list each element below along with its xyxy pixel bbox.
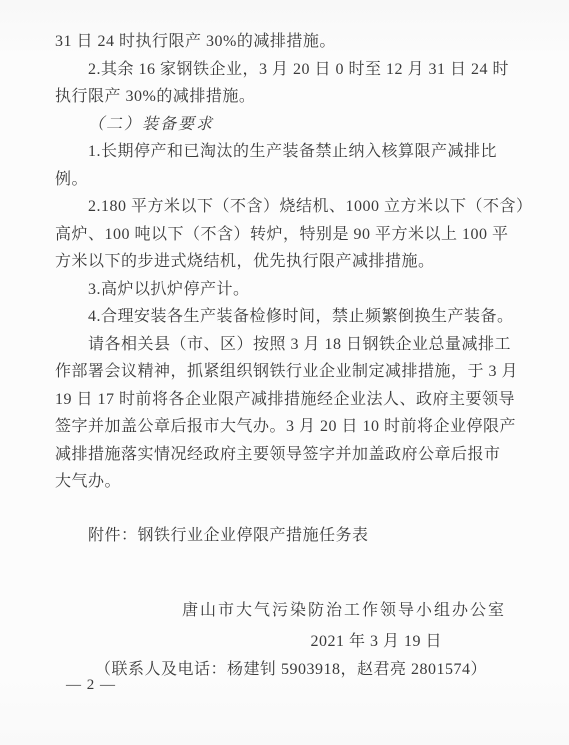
body-line: 请各相关县（市、区）按照 3 月 18 日钢铁企业总量减排工 (55, 331, 515, 359)
body-line: 4.合理安装各生产装备检修时间，禁止频繁倒换生产装备。 (55, 303, 515, 331)
signer-line: 唐山市大气污染防治工作领导小组办公室 (55, 597, 515, 625)
page-number: — 2 — (66, 677, 116, 694)
body-line: 例。 (55, 166, 515, 194)
attachment-line: 附件：钢铁行业企业停限产措施任务表 (55, 522, 515, 550)
body-line: 大气办。 (55, 468, 515, 496)
date-line: 2021 年 3 月 19 日 (55, 628, 515, 656)
body-line: 作部署会议精神，抓紧组织钢铁行业企业制定减排措施，于 3 月 (55, 358, 515, 386)
body-line: 2.180 平方米以下（不含）烧结机、1000 立方米以下（不含） (55, 193, 515, 221)
body-line: 减排措施落实情况经政府主要领导签字并加盖政府公章后报市 (55, 441, 515, 469)
body-line: 31 日 24 时执行限产 30%的减排措施。 (55, 28, 515, 56)
body-line: 执行限产 30%的减排措施。 (55, 83, 515, 111)
section-heading: （二）装备要求 (55, 111, 515, 139)
body-line: 1.长期停产和已淘汰的生产装备禁止纳入核算限产减排比 (55, 138, 515, 166)
body-line: 19 日 17 时前将各企业限产减排措施经企业法人、政府主要领导 (55, 386, 515, 414)
body-line: 高炉、100 吨以下（不含）转炉，特别是 90 平方米以上 100 平 (55, 221, 515, 249)
contact-line: （联系人及电话：杨建钊 5903918，赵君亮 2801574） (55, 656, 515, 684)
body-line: 方米以下的步进式烧结机，优先执行限产减排措施。 (55, 248, 515, 276)
body-line: 2.其余 16 家钢铁企业，3 月 20 日 0 时至 12 月 31 日 24… (55, 56, 515, 84)
body-line: 签字并加盖公章后报市大气办。3 月 20 日 10 时前将企业停限产 (55, 413, 515, 441)
body-line: 3.高炉以扒炉停产计。 (55, 276, 515, 304)
document-page: 31 日 24 时执行限产 30%的减排措施。 2.其余 16 家钢铁企业，3 … (55, 28, 515, 684)
